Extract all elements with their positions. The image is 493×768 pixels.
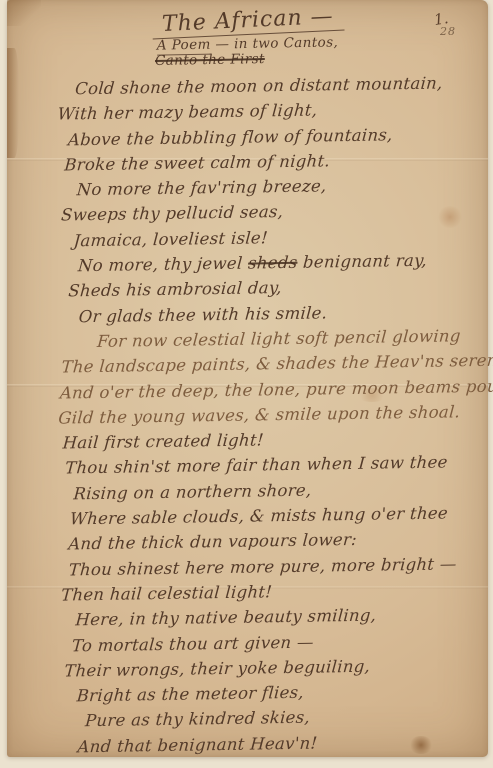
canto-heading: Canto the First <box>155 51 265 69</box>
canto-heading-struck: Canto the First <box>155 51 265 69</box>
archival-number: 28 <box>440 25 456 38</box>
poem-subtitle-rest: — in two Cantos, <box>211 34 339 52</box>
manuscript-photo: { "colors": { "paper": "#d7bb96", "ink":… <box>0 0 493 768</box>
manuscript-page: The African — A Poem — in two Cantos, Ca… <box>7 0 488 757</box>
poem-lines: Cold shone the moon on distant mountain,… <box>29 70 492 760</box>
struck-word: sheds <box>247 253 298 273</box>
